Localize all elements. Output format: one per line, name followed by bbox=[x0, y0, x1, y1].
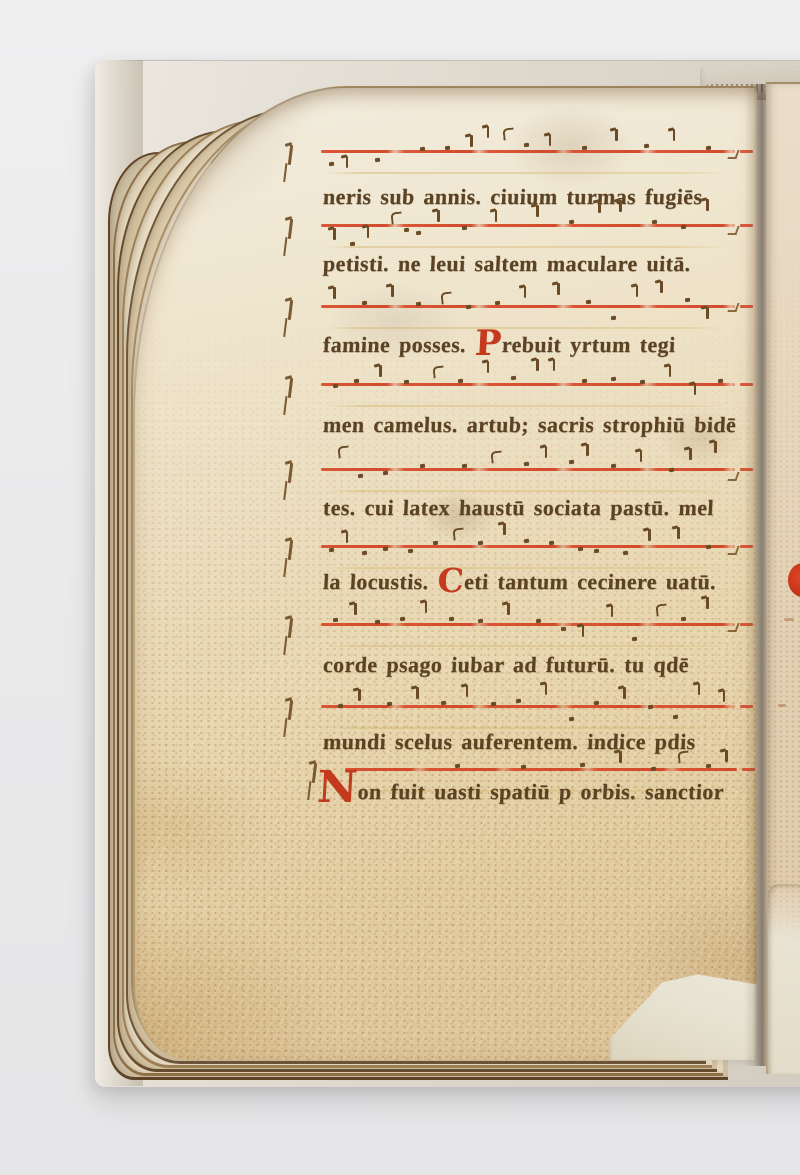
neume bbox=[511, 376, 516, 380]
neume bbox=[580, 763, 585, 767]
neume bbox=[466, 305, 471, 309]
neume bbox=[594, 701, 599, 705]
neume bbox=[706, 199, 709, 211]
neume bbox=[491, 702, 496, 706]
neume bbox=[648, 529, 651, 541]
neume bbox=[706, 307, 709, 319]
staff-yellow-line bbox=[327, 246, 727, 248]
lyric-line: men camelus. artub; sacris strophiū bidē bbox=[322, 413, 736, 437]
neume bbox=[681, 617, 686, 621]
neume bbox=[586, 300, 591, 304]
neume bbox=[685, 298, 690, 302]
staff-yellow-line bbox=[327, 490, 727, 492]
neume bbox=[636, 285, 639, 297]
neume bbox=[723, 690, 726, 702]
neume bbox=[557, 283, 560, 295]
neume bbox=[681, 225, 686, 229]
lyric-line: la locustis. Ceti tantum cecinere uatū. bbox=[322, 570, 716, 594]
neume bbox=[433, 541, 438, 545]
neume bbox=[399, 617, 404, 621]
neume bbox=[333, 287, 336, 299]
right-page-mark bbox=[778, 704, 786, 707]
neume bbox=[561, 627, 566, 631]
neume bbox=[449, 617, 454, 621]
neume bbox=[582, 379, 587, 383]
staves-layer: neris sub annis. ciuium turmas fugiēspet… bbox=[0, 0, 800, 1175]
neume bbox=[553, 359, 556, 371]
neume bbox=[490, 450, 502, 463]
neume bbox=[362, 301, 367, 305]
neume bbox=[462, 464, 467, 468]
staff-yellow-line bbox=[327, 327, 727, 329]
neume bbox=[727, 546, 739, 555]
clef-mark bbox=[285, 539, 296, 566]
neume bbox=[594, 549, 599, 553]
neume bbox=[673, 129, 676, 141]
neume bbox=[611, 605, 614, 617]
lyric-run: neris sub annis. ciuium turmas fugiēs bbox=[322, 184, 703, 209]
neume bbox=[656, 603, 668, 616]
neume bbox=[660, 281, 663, 293]
neume bbox=[631, 637, 636, 641]
lyric-run: corde psago iubar ad futurū. tu qdē bbox=[322, 652, 689, 677]
neume bbox=[569, 717, 574, 721]
clef-mark bbox=[285, 144, 296, 171]
neume bbox=[329, 548, 334, 552]
neume bbox=[379, 365, 382, 377]
neume bbox=[689, 448, 692, 460]
neume bbox=[354, 379, 359, 383]
neume bbox=[651, 767, 656, 771]
neume bbox=[420, 464, 425, 468]
right-page-mark bbox=[784, 618, 794, 621]
lyric-run: on fuit uasti spatiū p orbis. sanctior bbox=[357, 779, 725, 804]
neume bbox=[453, 527, 465, 540]
lyric-run: rebuit yrtum tegi bbox=[501, 332, 676, 357]
lyric-line: mundi scelus auferentem. indice pdis bbox=[322, 730, 696, 754]
neume bbox=[375, 620, 380, 624]
neume bbox=[652, 220, 657, 224]
lyric-run: petisti. ne leui saltem maculare uitā. bbox=[322, 251, 691, 276]
neume bbox=[706, 545, 711, 549]
neume bbox=[615, 129, 618, 141]
neume bbox=[706, 597, 709, 609]
neume bbox=[462, 226, 467, 230]
neume bbox=[569, 460, 574, 464]
lyric-line: famine posses. Prebuit yrtum tegi bbox=[322, 333, 676, 357]
neume bbox=[478, 619, 483, 623]
neume bbox=[420, 147, 425, 151]
neume bbox=[329, 162, 334, 166]
neume bbox=[466, 685, 469, 697]
clef-mark bbox=[285, 377, 296, 404]
neume bbox=[337, 445, 349, 458]
lyric-run: eti tantum cecinere uatū. bbox=[464, 569, 717, 594]
neume bbox=[503, 127, 515, 140]
neume bbox=[536, 205, 539, 217]
neume bbox=[387, 702, 392, 706]
neume bbox=[586, 444, 589, 456]
neume bbox=[694, 383, 697, 395]
lyric-run: mundi scelus auferentem. indice pdis bbox=[322, 729, 696, 754]
neume bbox=[569, 220, 574, 224]
clef-mark bbox=[285, 462, 296, 489]
neume bbox=[725, 750, 728, 762]
staff-yellow-line bbox=[327, 405, 727, 407]
neume bbox=[383, 471, 388, 475]
neume bbox=[623, 551, 628, 555]
neume bbox=[536, 359, 539, 371]
neume bbox=[362, 551, 367, 555]
staff-yellow-line bbox=[327, 645, 727, 647]
lyric-line: petisti. ne leui saltem maculare uitā. bbox=[322, 252, 691, 276]
neume bbox=[383, 547, 388, 551]
neume bbox=[678, 750, 690, 763]
neume bbox=[441, 701, 446, 705]
neume bbox=[611, 377, 616, 381]
neume bbox=[727, 226, 739, 235]
neume bbox=[350, 242, 355, 246]
neume bbox=[727, 303, 739, 312]
neume bbox=[416, 302, 421, 306]
neume bbox=[718, 379, 723, 383]
neume bbox=[648, 705, 653, 709]
neume bbox=[346, 156, 349, 168]
neume bbox=[507, 603, 510, 615]
clef-mark bbox=[285, 699, 296, 726]
neume bbox=[727, 623, 739, 632]
neume bbox=[333, 618, 338, 622]
neume bbox=[346, 531, 349, 543]
neume bbox=[425, 601, 428, 613]
neume bbox=[582, 146, 587, 150]
neume bbox=[577, 547, 582, 551]
neume bbox=[416, 231, 421, 235]
neume bbox=[432, 365, 444, 378]
neume bbox=[727, 472, 739, 481]
clef-mark bbox=[285, 617, 296, 644]
staff-red-line bbox=[321, 150, 735, 153]
lyric-line: neris sub annis. ciuium turmas fugiēs bbox=[322, 185, 703, 209]
neume bbox=[524, 143, 529, 147]
neume bbox=[333, 228, 336, 240]
neume bbox=[487, 126, 490, 138]
right-page bbox=[766, 82, 800, 1074]
neume bbox=[582, 625, 585, 637]
neume bbox=[515, 699, 520, 703]
staff-red-line bbox=[345, 768, 737, 771]
neume bbox=[545, 683, 548, 695]
neume bbox=[495, 210, 498, 222]
neume bbox=[437, 210, 440, 222]
rubric-initial: N bbox=[316, 762, 359, 813]
lyric-line: tes. cui latex haustū sociata pastū. mel bbox=[322, 496, 714, 520]
neume bbox=[337, 704, 342, 708]
neume bbox=[619, 200, 622, 212]
neume bbox=[640, 380, 645, 384]
neume bbox=[549, 134, 552, 146]
staff-yellow-line bbox=[327, 172, 727, 174]
neume bbox=[598, 201, 601, 213]
staff-red-line bbox=[321, 305, 735, 308]
lyric-run: la locustis. bbox=[322, 569, 438, 594]
neume bbox=[375, 158, 380, 162]
lyric-line: Non fuit uasti spatiū p orbis. sanctior bbox=[316, 780, 724, 804]
neume bbox=[470, 135, 473, 147]
neume bbox=[669, 365, 672, 377]
neume bbox=[545, 446, 548, 458]
neume bbox=[698, 683, 701, 695]
neume bbox=[705, 764, 710, 768]
neume bbox=[445, 146, 450, 150]
clef-mark bbox=[285, 299, 296, 326]
clef-mark bbox=[285, 218, 296, 245]
neume bbox=[548, 541, 553, 545]
lyric-run: men camelus. artub; sacris strophiū bidē bbox=[322, 412, 736, 437]
neume bbox=[714, 441, 717, 453]
photo-scene: neris sub annis. ciuium turmas fugiēspet… bbox=[0, 0, 800, 1175]
neume bbox=[619, 751, 622, 763]
neume bbox=[521, 765, 526, 769]
neume bbox=[669, 468, 674, 472]
neume bbox=[457, 379, 462, 383]
neume bbox=[416, 687, 419, 699]
neume bbox=[524, 539, 529, 543]
lyric-run: famine posses. bbox=[322, 332, 475, 357]
staff-red-line bbox=[321, 383, 735, 386]
neume bbox=[611, 316, 616, 320]
staff-red-line bbox=[321, 224, 735, 227]
neume bbox=[367, 226, 370, 238]
staff-red-line bbox=[321, 705, 735, 708]
neume bbox=[391, 211, 403, 224]
rubric-initial: C bbox=[437, 561, 466, 600]
lyric-run: tes. cui latex haustū sociata pastū. mel bbox=[322, 495, 714, 520]
neume bbox=[503, 523, 506, 535]
rubric-initial: P bbox=[474, 323, 503, 364]
neume bbox=[408, 549, 413, 553]
staff-red-line bbox=[321, 623, 735, 626]
right-page-bottom-flap bbox=[768, 884, 800, 1074]
neume bbox=[644, 144, 649, 148]
neume bbox=[478, 541, 483, 545]
neume bbox=[358, 689, 361, 701]
neume bbox=[524, 286, 527, 298]
lyric-line: corde psago iubar ad futurū. tu qdē bbox=[322, 653, 689, 677]
neume bbox=[440, 291, 452, 304]
neume bbox=[333, 384, 338, 388]
neume bbox=[455, 764, 460, 768]
neume bbox=[677, 527, 680, 539]
neume bbox=[358, 474, 363, 478]
neume bbox=[404, 228, 409, 232]
neume bbox=[487, 361, 490, 373]
neume bbox=[706, 146, 711, 150]
neume bbox=[611, 464, 616, 468]
neume bbox=[354, 603, 357, 615]
neume bbox=[673, 715, 678, 719]
neume bbox=[495, 301, 500, 305]
neume bbox=[524, 462, 529, 466]
neume bbox=[640, 450, 643, 462]
neume bbox=[391, 285, 394, 297]
neume bbox=[404, 380, 409, 384]
neume bbox=[536, 619, 541, 623]
neume bbox=[727, 150, 739, 159]
neume bbox=[623, 687, 626, 699]
